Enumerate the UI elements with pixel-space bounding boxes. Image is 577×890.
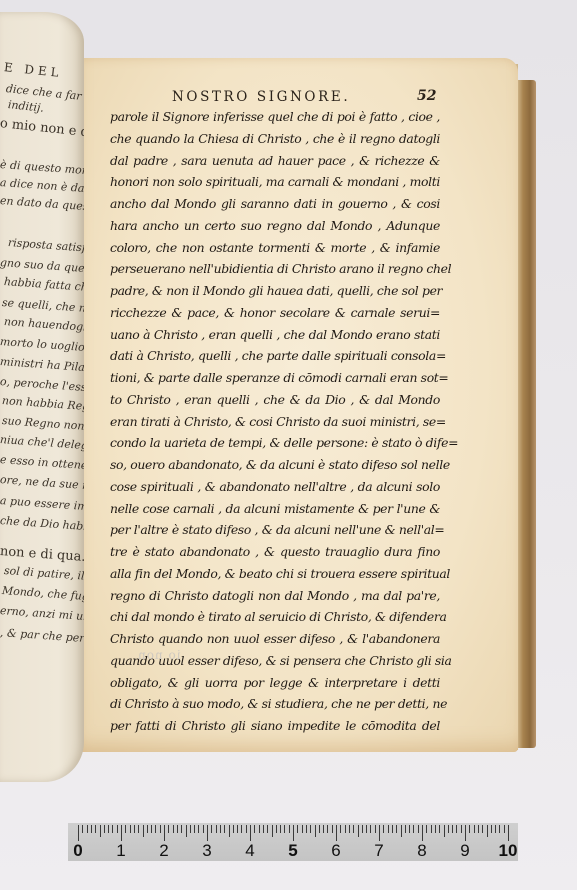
ruler-tick — [229, 825, 230, 837]
ruler-tick — [482, 825, 483, 833]
ruler-tick — [405, 825, 406, 833]
text-line: che quando la Chiesa di Christo , che è … — [110, 128, 440, 150]
ruler-tick — [134, 825, 135, 833]
ruler-tick — [250, 825, 251, 841]
ruler-tick — [87, 825, 88, 833]
text-line: per l'altre è stato difeso , & da alcuni… — [110, 519, 440, 541]
ruler-label: 8 — [417, 841, 426, 861]
left-page-line: sol di patire, il regno — [4, 564, 84, 585]
ruler-tick — [112, 825, 113, 833]
ruler-tick — [104, 825, 105, 833]
ruler-tick — [469, 825, 470, 833]
ruler-tick — [181, 825, 182, 833]
left-page-line: inditij. — [7, 98, 44, 115]
ruler-tick — [224, 825, 225, 833]
text-line: condo la uarieta de tempi, & delle perso… — [110, 432, 440, 454]
left-page-line: non e di qua. — [0, 544, 84, 565]
ruler-tick — [160, 825, 161, 833]
left-page-line: habbia fatta che dirsi — [4, 275, 84, 296]
left-page-line: non habbia Regno, — [2, 394, 84, 414]
ruler-tick — [259, 825, 260, 833]
ruler-tick — [379, 825, 380, 841]
ruler-tick — [418, 825, 419, 833]
text-line: to Christo , eran quelli , che & da Dio … — [110, 389, 440, 411]
page-number: 52 — [417, 88, 436, 104]
ruler-tick — [302, 825, 303, 833]
ruler-tick — [254, 825, 255, 833]
ruler-tick — [315, 825, 316, 837]
text-line: nelle cose carnali , da alcuni mistament… — [110, 498, 440, 520]
ruler-tick — [164, 825, 165, 841]
ruler-tick — [276, 825, 277, 833]
ruler-label: 0 — [73, 841, 82, 861]
left-page-line: ministri ha Pilato da — [0, 355, 84, 376]
text-line: coloro, che non ostante tormenti & morte… — [110, 237, 440, 259]
left-page-line: Mondo, che fugge — [2, 584, 84, 604]
ruler-tick — [474, 825, 475, 833]
show-through-text: io non — [137, 648, 181, 662]
ruler-label: 7 — [374, 841, 383, 861]
ruler-tick — [267, 825, 268, 833]
ruler-tick — [319, 825, 320, 833]
ruler-tick — [422, 825, 423, 841]
ruler-tick — [383, 825, 384, 833]
ruler-tick — [439, 825, 440, 833]
left-page-line: en dato da questo mondo — [0, 194, 84, 217]
ruler-tick — [392, 825, 393, 833]
ruler-tick — [121, 825, 122, 841]
running-head: NOSTRO SIGNORE. — [172, 89, 350, 105]
ruler-tick — [237, 825, 238, 833]
page-stack-edge — [516, 80, 536, 748]
ruler-tick — [388, 825, 389, 833]
ruler-tick — [452, 825, 453, 833]
ruler-tick — [173, 825, 174, 833]
left-page-line: o, peroche l'esser ser — [0, 375, 84, 396]
ruler-tick — [336, 825, 337, 841]
ruler-tick — [168, 825, 169, 833]
text-line: dati à Christo, quelli , che parte dalle… — [110, 345, 440, 367]
left-page-line: , & par che per quel — [0, 626, 84, 647]
ruler-label: 4 — [245, 841, 254, 861]
ruler-tick — [186, 825, 187, 837]
ruler-tick — [487, 825, 488, 837]
ruler-tick — [130, 825, 131, 833]
right-page-text-block: parole il Signore inferisse quel che di … — [110, 106, 440, 737]
ruler-tick — [366, 825, 367, 833]
ruler-tick — [198, 825, 199, 833]
ruler-tick — [143, 825, 144, 837]
text-line: obligato, & gli uorra por legge & interp… — [110, 672, 440, 694]
ruler-tick — [272, 825, 273, 837]
left-page-line: non hauendogli esso — [4, 315, 84, 336]
text-line: cose spirituali , & abandonato nell'altr… — [110, 476, 440, 498]
ruler-label: 5 — [288, 841, 297, 861]
text-line: tre è stato abandonato , & questo trauag… — [110, 541, 440, 563]
text-line: chi dal mondo è tirato al seruicio di Ch… — [110, 606, 440, 628]
ruler-tick — [456, 825, 457, 833]
ruler-label: 3 — [202, 841, 211, 861]
ruler-tick — [327, 825, 328, 833]
centimeter-scale-ruler: 012345678910 — [68, 823, 518, 861]
text-line: di Christo à suo modo, & si studiera, ch… — [110, 693, 440, 715]
ruler-tick — [241, 825, 242, 833]
ruler-tick — [465, 825, 466, 841]
ruler-tick — [401, 825, 402, 837]
text-line: eran tirati à Christo, & cosi Christo da… — [110, 411, 440, 433]
ruler-tick — [375, 825, 376, 833]
ruler-tick — [353, 825, 354, 833]
ruler-tick — [203, 825, 204, 833]
ruler-tick — [216, 825, 217, 833]
text-line: parole il Signore inferisse quel che di … — [110, 106, 440, 128]
text-line: hara ancho un certo suo regno dal Mondo … — [110, 215, 440, 237]
ruler-tick — [78, 825, 79, 841]
ruler-label: 9 — [460, 841, 469, 861]
ruler-tick — [345, 825, 346, 833]
ruler-label: 10 — [499, 841, 518, 861]
ruler-tick — [297, 825, 298, 833]
ruler-tick — [211, 825, 212, 833]
text-line: per fatti di Christo gli siano impedite … — [110, 715, 440, 737]
ruler-tick — [194, 825, 195, 833]
ruler-tick — [444, 825, 445, 837]
ruler-tick — [280, 825, 281, 833]
text-line: honori non solo spirituali, ma carnali &… — [110, 171, 440, 193]
ruler-tick — [508, 825, 509, 841]
ruler-tick — [310, 825, 311, 833]
ruler-tick — [284, 825, 285, 833]
ruler-tick — [461, 825, 462, 833]
ruler-tick — [91, 825, 92, 833]
left-page-line: e esso in ottenere il — [0, 453, 84, 474]
ruler-tick — [246, 825, 247, 833]
ruler-tick — [491, 825, 492, 833]
text-line: padre, & non il Mondo gli haueа dati, qu… — [110, 280, 440, 302]
ruler-tick — [448, 825, 449, 833]
ruler-tick — [293, 825, 294, 841]
ruler-tick — [125, 825, 126, 833]
text-line: perseuerano nell'ubidientia di Christo a… — [110, 258, 440, 280]
text-line: Christo quando non uuol esser difeso , &… — [110, 628, 440, 650]
left-page-line: che da Dio habbia — [0, 514, 84, 534]
ruler-tick — [396, 825, 397, 833]
ruler-tick — [82, 825, 83, 833]
left-page-line: o mio non e da quo — [0, 116, 84, 144]
ruler-tick — [431, 825, 432, 833]
ruler-tick — [190, 825, 191, 833]
ruler-tick — [233, 825, 234, 833]
left-page-line: niua che'l delegga — [0, 433, 84, 453]
left-page-line: morto lo uogliono, se — [0, 335, 84, 356]
ruler-label: 2 — [159, 841, 168, 861]
ruler-tick — [263, 825, 264, 833]
left-page-line: risposta satisfa ad ogni — [8, 236, 84, 258]
left-page-line: a puo essere impedi — [0, 494, 84, 515]
ruler-tick — [220, 825, 221, 833]
ruler-tick — [426, 825, 427, 833]
ruler-tick — [362, 825, 363, 833]
ruler-tick — [358, 825, 359, 837]
ruler-tick — [495, 825, 496, 833]
text-line: ancho dal Mondo gli saranno dati in goue… — [110, 193, 440, 215]
text-line: dal padre , sara uenuta ad hauer pace , … — [110, 150, 440, 172]
text-line: tioni, & parte dalle speranze di cōmodi … — [110, 367, 440, 389]
text-line: alla fin del Mondo, & beato chi si troue… — [110, 563, 440, 585]
ruler-tick — [413, 825, 414, 833]
ruler-tick — [478, 825, 479, 833]
ruler-tick — [323, 825, 324, 833]
ruler-tick — [332, 825, 333, 833]
ruler-tick — [207, 825, 208, 841]
ruler-tick — [147, 825, 148, 833]
ruler-tick — [138, 825, 139, 833]
left-page-line: se quelli, che non sono — [2, 296, 84, 318]
left-page-line: erno, anzi mi ui — [0, 604, 84, 623]
ruler-tick — [349, 825, 350, 833]
left-page: E DELdice che a far quellainditij.o mio … — [0, 12, 84, 782]
text-line: ricchezze & pace, & honor secolare & car… — [110, 302, 440, 324]
left-page-line: ore, ne da sue minacce — [0, 473, 84, 495]
left-page-line: E DEL — [3, 60, 63, 80]
ruler-tick — [504, 825, 505, 833]
ruler-label: 1 — [116, 841, 125, 861]
ruler-tick — [155, 825, 156, 833]
ruler-tick — [100, 825, 101, 837]
ruler-tick — [177, 825, 178, 833]
ruler-tick — [370, 825, 371, 833]
text-line: so, ouero abandonato, & da alcuni è stat… — [110, 454, 440, 476]
ruler-tick — [289, 825, 290, 833]
ruler-tick — [409, 825, 410, 833]
ruler-tick — [95, 825, 96, 833]
text-line: regno di Christo datogli non dal Mondo ,… — [110, 585, 440, 607]
ruler-label: 6 — [331, 841, 340, 861]
ruler-tick — [151, 825, 152, 833]
ruler-tick — [340, 825, 341, 833]
text-line: uano à Christo , eran quelli , che dal M… — [110, 324, 440, 346]
ruler-tick — [108, 825, 109, 833]
ruler-tick — [435, 825, 436, 833]
ruler-tick — [306, 825, 307, 833]
ruler-tick — [499, 825, 500, 833]
ruler-tick — [117, 825, 118, 833]
left-page-line: suo Regno non è da — [2, 414, 84, 435]
